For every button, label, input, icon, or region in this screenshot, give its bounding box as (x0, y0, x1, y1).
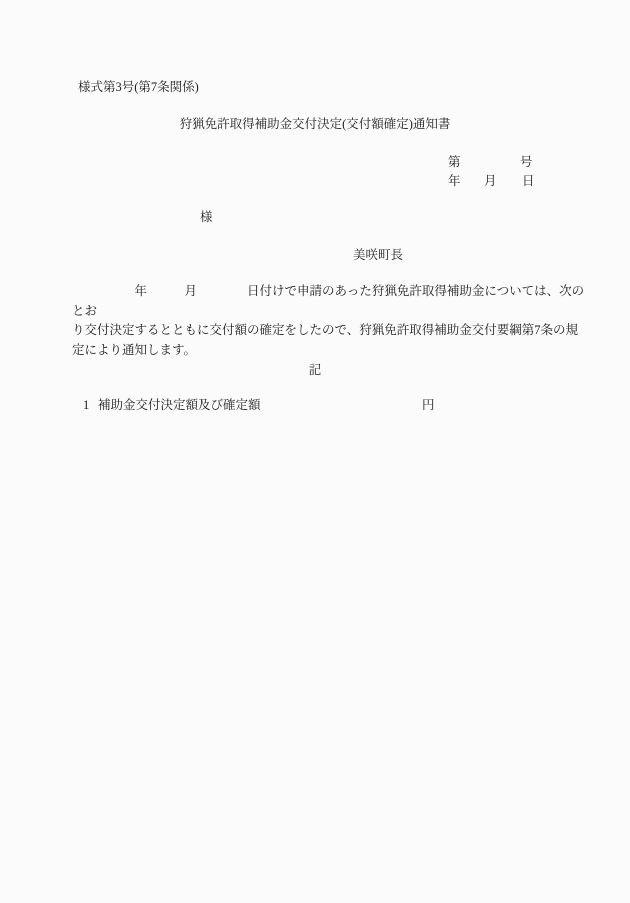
sender-title: 美咲町長 (353, 248, 403, 262)
body-line-3: 定により通知します。 (72, 341, 594, 361)
doc-number-suffix: 号 (520, 155, 533, 169)
notice-document-page: 様式第3号(第7条関係) 狩猟免許取得補助金交付決定(交付額確定)通知書 第 号… (0, 0, 630, 903)
doc-number-prefix: 第 (448, 155, 461, 169)
body-paragraph: 年 月 日付けで申請のあった狩猟免許取得補助金については、次のとお り交付決定す… (72, 282, 594, 360)
body-line-2: り交付決定するとともに交付額の確定をしたので、狩猟免許取得補助金交付要綱第7条の… (72, 321, 594, 341)
form-number: 様式第3号(第7条関係) (78, 80, 199, 94)
item1-unit-yen: 円 (422, 398, 435, 412)
record-heading: 記 (0, 363, 630, 377)
document-title: 狩猟免許取得補助金交付決定(交付額確定)通知書 (0, 117, 630, 131)
body-line-1: 年 月 日付けで申請のあった狩猟免許取得補助金については、次のとお (72, 282, 594, 321)
addressee-honorific: 様 (200, 210, 213, 224)
date-year-label: 年 (448, 174, 461, 188)
date-month-label: 月 (484, 174, 497, 188)
date-day-label: 日 (522, 174, 535, 188)
item1-number: 1 (83, 398, 89, 412)
item1-label: 補助金交付決定額及び確定額 (98, 398, 261, 412)
